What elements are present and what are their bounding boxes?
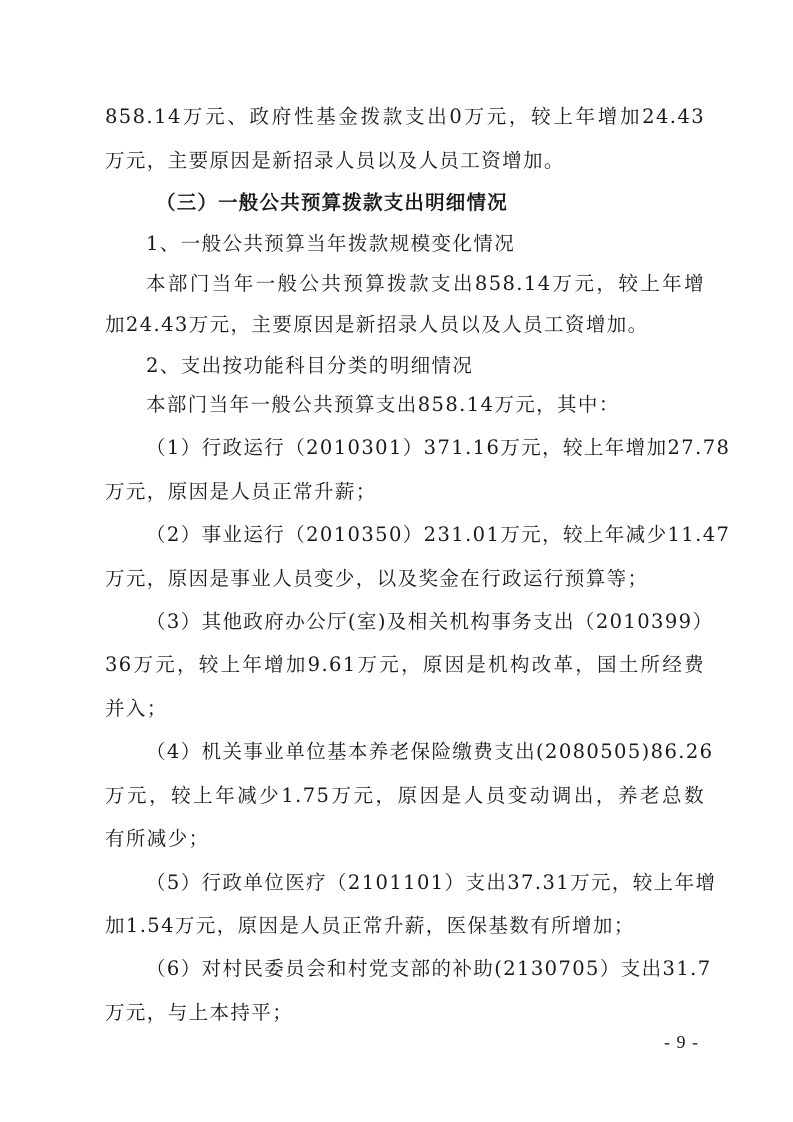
list-item-line: 万元，原因是事业人员变少，以及奖金在行政运行预算等； [105, 565, 705, 593]
list-item-line: 万元，与上本持平； [105, 999, 705, 1027]
subsection-heading: 2、支出按功能科目分类的明细情况 [146, 352, 746, 380]
list-item-line: 36万元，较上年增加9.61万元，原因是机构改革，国土所经费 [105, 651, 705, 679]
list-item-line: （4）机关事业单位基本养老保险缴费支出(2080505)86.26 [146, 738, 705, 766]
paragraph-line: 本部门当年一般公共预算拨款支出858.14万元，较上年增 [146, 270, 705, 298]
list-item-line: 万元，原因是人员正常升薪； [105, 478, 705, 506]
list-item-line: 加1.54万元，原因是人员正常升薪，医保基数有所增加； [105, 912, 705, 940]
document-page: 858.14万元、政府性基金拨款支出0万元，较上年增加24.43 万元，主要原因… [0, 0, 793, 1122]
list-item-line: （2）事业运行（2010350）231.01万元，较上年减少11.47 [146, 521, 705, 549]
section-heading: （三）一般公共预算拨款支出明细情况 [156, 189, 756, 217]
list-item-line: （1）行政运行（2010301）371.16万元，较上年增加27.78 [146, 434, 705, 462]
list-item-line: （6）对村民委员会和村党支部的补助(2130705）支出31.7 [146, 955, 705, 983]
list-item-line: （3）其他政府办公厅(室)及相关机构事务支出（2010399） [146, 608, 705, 636]
paragraph-line: 加24.43万元，主要原因是新招录人员以及人员工资增加。 [105, 311, 705, 339]
page-number: - 9 - [664, 1032, 699, 1053]
list-item-line: 万元，较上年减少1.75万元，原因是人员变动调出，养老总数 [105, 782, 705, 810]
list-item-line: 并入； [105, 695, 705, 723]
paragraph-line: 858.14万元、政府性基金拨款支出0万元，较上年增加24.43 [105, 103, 705, 131]
subsection-heading: 1、一般公共预算当年拨款规模变化情况 [146, 230, 746, 258]
paragraph-line: 本部门当年一般公共预算支出858.14万元，其中： [146, 391, 746, 419]
list-item-line: （5）行政单位医疗（2101101）支出37.31万元，较上年增 [146, 869, 705, 897]
paragraph-line: 万元，主要原因是新招录人员以及人员工资增加。 [105, 147, 705, 175]
list-item-line: 有所减少； [105, 825, 705, 853]
